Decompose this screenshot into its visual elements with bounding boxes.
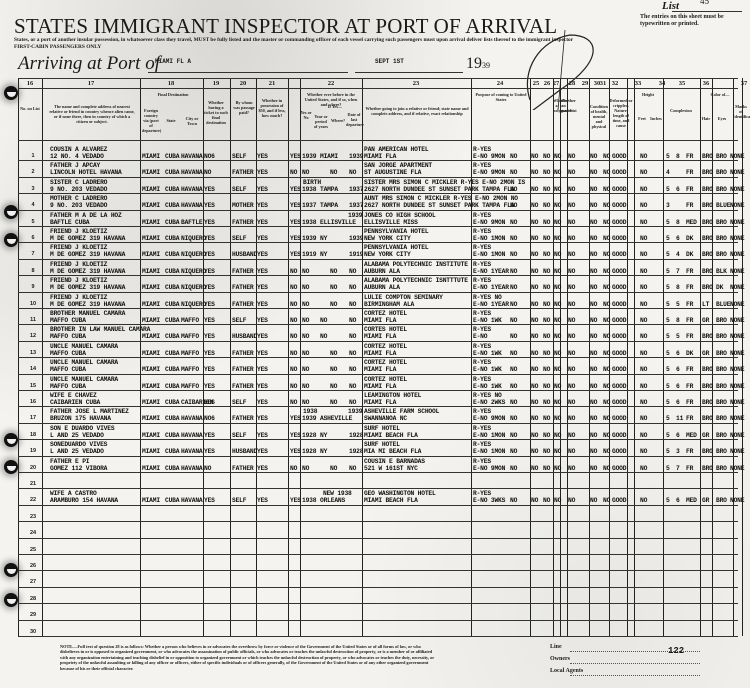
dest-city: HAVANA <box>181 186 202 193</box>
purpose-residence: R-YES <box>473 326 491 333</box>
header-state: State <box>162 118 180 123</box>
line-label: Line <box>550 644 562 650</box>
deformed-value: NO <box>640 383 647 390</box>
eyes-value: BLK <box>716 268 727 275</box>
year-note: BIRTH <box>303 179 321 186</box>
height-inches: 7 <box>676 465 680 472</box>
polygamist-value: NO <box>554 350 561 357</box>
dest-city: MAFFO <box>181 333 199 340</box>
column-number: 36 <box>698 80 714 87</box>
col25-value: NO <box>510 202 517 209</box>
col26-value: NO <box>531 366 538 373</box>
row-number: 12 <box>26 333 40 339</box>
header-yes-no: Yes or No <box>300 110 312 120</box>
col27-value: NO <box>543 497 550 504</box>
deformed-value: NO <box>640 333 647 340</box>
dest-city: NIQUERO <box>181 301 206 308</box>
joining-address: MIA MI BEACH FLA <box>364 448 421 455</box>
ever-before: YES <box>290 448 301 455</box>
polygamist-value: NO <box>554 333 561 340</box>
col30-value: NO <box>590 432 597 439</box>
row-number: 11 <box>26 317 40 323</box>
relative-name: UNCLE MANUEL CAMARA <box>50 343 118 350</box>
arriving-label: Arriving at Port of <box>18 53 160 75</box>
purpose-duration: E-NO 1WK <box>473 350 502 357</box>
eyes-value: BRO <box>716 169 727 176</box>
hair-value: BRO <box>702 465 713 472</box>
row-number: 30 <box>26 629 40 635</box>
row-number: 2 <box>26 169 40 175</box>
health-value: GOOD <box>612 301 626 308</box>
dest-city: HAVANA <box>181 448 202 455</box>
eyes-value: BRO <box>716 317 727 324</box>
header-if-yes: If Yes— <box>315 104 355 109</box>
marks-value: NONE <box>730 317 744 324</box>
hair-value: BRO <box>702 219 713 226</box>
eyes-value: BRO <box>716 235 727 242</box>
list-number: 45 <box>700 0 709 6</box>
height-inches: 6 <box>676 235 680 242</box>
height-feet: 5 <box>666 350 670 357</box>
ticket-value: NO6 <box>204 415 215 422</box>
year-value: 1939 <box>302 235 316 242</box>
row-number: 10 <box>26 301 40 307</box>
col31-value: NO <box>603 268 610 275</box>
passage-paid: MOTHER <box>232 202 253 209</box>
deformed-value: NO <box>640 301 647 308</box>
where-value: MIAMI <box>320 153 338 160</box>
dest-state: CUBA <box>165 399 179 406</box>
health-value: GOOD <box>612 415 626 422</box>
purpose-residence: R-YES <box>473 310 491 317</box>
via-port: MIAMI <box>142 153 160 160</box>
row-number: 22 <box>26 497 40 503</box>
dest-city: MAFFO <box>181 350 199 357</box>
dest-state: CUBA <box>165 366 179 373</box>
col25-value: NO <box>510 153 517 160</box>
column-number: 37 <box>736 80 750 87</box>
complexion-value: MED <box>686 497 697 504</box>
hair-value: BRO <box>702 399 713 406</box>
complexion-value: MED <box>686 432 697 439</box>
eyes-value: BRO <box>716 432 727 439</box>
marks-value: NONE <box>730 399 744 406</box>
last-departure: NO <box>349 317 356 324</box>
col27-value: NO <box>543 268 550 275</box>
row-number: 4 <box>26 202 40 208</box>
col30-value: NO <box>590 251 597 258</box>
joining-address: ELLISVILLE MISS <box>364 219 418 226</box>
dest-state: CUBA <box>165 169 179 176</box>
hair-value: GR <box>702 317 709 324</box>
instructions-text: States, or a port of another insular pos… <box>14 37 573 43</box>
polygamist-value: NO <box>554 153 561 160</box>
eyes-value: BRO <box>716 383 727 390</box>
col31-value: NO <box>603 497 610 504</box>
year-value: 1939 <box>302 153 316 160</box>
anarchist-value: NO <box>568 251 575 258</box>
ticket-value: YES <box>204 202 215 209</box>
height-feet: 5 <box>666 399 670 406</box>
column-number: 18 <box>163 80 179 87</box>
row-rule <box>18 210 738 211</box>
relative-address: BRUZON 175 HAVANA <box>50 415 111 422</box>
eyes-value: BRO <box>716 153 727 160</box>
year-value: NO <box>302 284 309 291</box>
health-value: GOOD <box>612 448 626 455</box>
passage-paid: FATHER <box>232 284 253 291</box>
column-divider <box>742 78 743 636</box>
column-number: 23 <box>408 80 424 87</box>
hair-value: BRO <box>702 448 713 455</box>
header-date-departure: Date of last departure <box>346 112 362 127</box>
complexion-value: FR <box>686 186 693 193</box>
money-value: YES <box>257 317 268 324</box>
column-number: 19 <box>208 80 224 87</box>
col30-value: NO <box>590 415 597 422</box>
where-value: ASHEVILLE <box>320 415 352 422</box>
row-number: 21 <box>26 481 40 487</box>
purpose-duration: E-NO 1WK <box>473 317 502 324</box>
height-inches: 11 <box>676 415 683 422</box>
dest-state: CUBA <box>165 202 179 209</box>
col30-value: NO <box>590 366 597 373</box>
hair-value: LT <box>702 301 709 308</box>
relative-name: FATHER M A DE LA HOZ <box>50 212 122 219</box>
health-value: GOOD <box>612 366 626 373</box>
dest-city: BAFTLE <box>181 219 202 226</box>
anarchist-value: NO <box>568 153 575 160</box>
col25-value: NO <box>510 317 517 324</box>
col25-value: NO <box>510 399 517 406</box>
year-value: NO <box>302 333 309 340</box>
money-value: YES <box>257 497 268 504</box>
punch-hole-icon <box>4 563 18 577</box>
header-passage-paid: By whom was passage paid? <box>232 100 256 115</box>
passage-paid: FATHER <box>232 301 253 308</box>
complexion-value: FR <box>686 202 693 209</box>
purpose-residence: R-YES <box>473 359 491 366</box>
header-eyes: Eyes <box>712 116 732 121</box>
col31-value: NO <box>603 153 610 160</box>
header-final-destination: Final Destination <box>145 92 201 97</box>
col25-value: NO <box>510 383 517 390</box>
relative-address: L AND 25 VEDADO <box>50 448 104 455</box>
relative-name: BROTHER MANUEL CAMARA <box>50 310 125 317</box>
year-value: 1938 <box>302 219 316 226</box>
row-number: 3 <box>26 186 40 192</box>
row-number: 27 <box>26 579 40 585</box>
port-underline <box>148 72 348 73</box>
health-value: GOOD <box>612 153 626 160</box>
ever-before: NO <box>290 317 297 324</box>
deformed-value: NO <box>640 235 647 242</box>
row-number: 8 <box>26 268 40 274</box>
header-purpose: Purpose of coming to United States <box>473 92 529 102</box>
col25-value: NO <box>510 350 517 357</box>
extra-value: NO <box>330 350 337 357</box>
polygamist-value: NO <box>554 317 561 324</box>
col31-value: NO <box>603 169 610 176</box>
polygamist-value: NO <box>554 415 561 422</box>
joining-address: ST AUGUSTINE FLA <box>364 169 421 176</box>
ever-before: NO <box>290 465 297 472</box>
ever-before: NO <box>290 301 297 308</box>
height-inches: 6 <box>676 432 680 439</box>
relative-address: MAFFO CUBA <box>50 383 86 390</box>
height-feet: 5 <box>666 432 670 439</box>
relative-name: FRIEND J KLOETIZ <box>50 277 107 284</box>
col27-value: NO <box>543 366 550 373</box>
joining-name: GEO WASHINGTON HOTEL <box>364 490 436 497</box>
relative-address: 9 NO. 203 VEDADO <box>50 202 107 209</box>
row-number: 29 <box>26 612 40 618</box>
dest-state: CUBA <box>165 219 179 226</box>
hair-value: BRO <box>702 284 713 291</box>
complexion-value: FR <box>686 169 693 176</box>
row-number: 25 <box>26 547 40 553</box>
dest-state: CUBA <box>165 415 179 422</box>
col31-value: NO <box>603 415 610 422</box>
purpose-residence: R-YES <box>473 146 491 153</box>
ever-before: YES <box>290 251 301 258</box>
header-foreign-country: Foreign country via (port of departure) <box>142 108 160 133</box>
anarchist-value: NO <box>568 415 575 422</box>
height-feet: 4 <box>666 169 670 176</box>
purpose-residence: R-YES <box>473 244 491 251</box>
complexion-value: DK <box>686 350 693 357</box>
polygamist-value: NO <box>554 186 561 193</box>
header-city: City or Town <box>182 116 202 126</box>
purpose-duration: E-NO 1YEAR <box>473 301 509 308</box>
deformed-value: NO <box>640 448 647 455</box>
column-number: 22 <box>323 80 339 87</box>
row-number: 13 <box>26 350 40 356</box>
complexion-value: FR <box>686 268 693 275</box>
health-value: GOOD <box>612 284 626 291</box>
col27-value: NO <box>543 448 550 455</box>
year-value: NO <box>302 383 309 390</box>
via-port: MIAMI <box>142 235 160 242</box>
relative-address: 9 NO. 203 VEDADO <box>50 186 107 193</box>
purpose-residence: R-YES <box>473 162 491 169</box>
joining-name: CORTEZ HOTEL <box>364 343 407 350</box>
height-feet: 5 <box>666 301 670 308</box>
row-rule <box>18 308 738 309</box>
row-number: 15 <box>26 383 40 389</box>
hair-value: BRO <box>702 251 713 258</box>
col30-value: NO <box>590 235 597 242</box>
hair-value: BRO <box>702 186 713 193</box>
purpose-residence: R-YES <box>473 277 491 284</box>
height-inches: 7 <box>676 268 680 275</box>
column-number: 32 <box>607 80 623 87</box>
deformed-value: NO <box>640 153 647 160</box>
year-value: 1939 <box>302 415 316 422</box>
marks-value: NONE <box>730 350 744 357</box>
passage-paid: SELF <box>232 186 246 193</box>
passage-paid: FATHER <box>232 219 253 226</box>
dest-city: HAVANA <box>181 432 202 439</box>
hair-value: BRO <box>702 202 713 209</box>
dest-city: HAVANA <box>181 497 202 504</box>
money-value: YES <box>257 219 268 226</box>
row-rule <box>18 226 738 227</box>
header-relative: The name and complete address of nearest… <box>48 104 136 124</box>
col30-value: NO <box>590 169 597 176</box>
last-departure: NO <box>349 301 356 308</box>
col30-value: NO <box>590 333 597 340</box>
row-number: 7 <box>26 251 40 257</box>
row-rule <box>18 456 738 457</box>
polygamist-value: NO <box>554 448 561 455</box>
polygamist-value: NO <box>554 366 561 373</box>
relative-name: FRIEND J KLOETIZ <box>50 261 107 268</box>
passage-paid: FATHER <box>232 383 253 390</box>
header-hair: Hair <box>700 116 712 121</box>
height-inches: 6 <box>676 383 680 390</box>
marks-value: NONE <box>730 202 744 209</box>
joining-address: 2627 NORTH DUNDEE ST SUNSET PARK TAMPA F… <box>364 186 514 193</box>
last-departure: 1928 <box>349 448 363 455</box>
height-feet: 5 <box>666 284 670 291</box>
row-rule <box>18 193 738 194</box>
hair-value: BRO <box>702 333 713 340</box>
port-value: MIAMI FL A <box>155 58 191 65</box>
height-feet: 5 <box>666 383 670 390</box>
joining-address: NEW YORK CITY <box>364 235 411 242</box>
year-value: NO <box>302 465 309 472</box>
via-port: MIAMI <box>142 169 160 176</box>
col27-value: NO <box>543 350 550 357</box>
header-year-period: Year or period of years <box>313 114 329 129</box>
col27-value: NO <box>543 153 550 160</box>
deformed-value: NO <box>640 497 647 504</box>
via-port: MIAMI <box>142 333 160 340</box>
relative-address: M DE GOMEZ 319 HAVANA <box>50 251 125 258</box>
where-note: NEW 1938 <box>323 490 352 497</box>
relative-address: M DE GOMEZ 319 HAVANA <box>50 235 125 242</box>
extra-value: NO <box>330 268 337 275</box>
height-inches: 6 <box>676 399 680 406</box>
header-polygamist: Whether a polygamist <box>553 98 560 113</box>
row-number: 18 <box>26 432 40 438</box>
deformed-value: NO <box>640 219 647 226</box>
year-value: 1939 <box>466 55 490 73</box>
date-value: SEPT 1ST <box>375 58 404 65</box>
marks-value: NONE <box>730 169 744 176</box>
col30-value: NO <box>590 497 597 504</box>
dest-city: HAVANA <box>181 465 202 472</box>
anarchist-value: NO <box>568 497 575 504</box>
header-feet: Feet <box>636 116 648 121</box>
column-number: 21 <box>264 80 280 87</box>
money-value: YES <box>257 465 268 472</box>
col27-value: NO <box>543 465 550 472</box>
height-feet: 5 <box>666 186 670 193</box>
dest-state: CUBA <box>165 284 179 291</box>
row-number: 16 <box>26 399 40 405</box>
eyes-value: BRO <box>716 333 727 340</box>
complexion-value: FR <box>686 301 693 308</box>
polygamist-value: NO <box>554 219 561 226</box>
health-value: GOOD <box>612 251 626 258</box>
year-value: NO <box>302 350 309 357</box>
last-departure: NO <box>349 284 356 291</box>
year-value: NO <box>302 399 309 406</box>
marks-value: NONE <box>730 448 744 455</box>
col25-value: NO <box>510 415 517 422</box>
money-value: YES <box>257 251 268 258</box>
last-departure: NO <box>349 465 356 472</box>
col27-value: NO <box>543 399 550 406</box>
purpose-residence: R-YES <box>473 441 491 448</box>
money-value: YES <box>257 235 268 242</box>
col25-value: NO <box>510 465 517 472</box>
col25-value: NO <box>510 333 517 340</box>
col31-value: NO <box>603 251 610 258</box>
dest-state: CUBA <box>165 153 179 160</box>
row-rule <box>18 242 738 243</box>
health-value: GOOD <box>612 432 626 439</box>
where-value: ELLISVILLE <box>320 219 356 226</box>
col26-value: NO <box>531 219 538 226</box>
via-port: MIAMI <box>142 268 160 275</box>
marks-value: NONE <box>730 235 744 242</box>
dest-state: CUBA <box>165 235 179 242</box>
header-joining: Whether going to join a relative or frie… <box>365 106 469 116</box>
relative-name: UNCLE MANUEL CAMARA <box>50 376 118 383</box>
complexion-value: DK <box>686 235 693 242</box>
ticket-value: YES <box>204 448 215 455</box>
col27-value: NO <box>543 317 550 324</box>
dest-state: CUBA <box>165 333 179 340</box>
money-value: YES <box>257 333 268 340</box>
marks-value: NONE <box>730 497 744 504</box>
col31-value: NO <box>603 448 610 455</box>
purpose-duration: E-NO 1WK <box>473 383 502 390</box>
col30-value: NO <box>590 301 597 308</box>
health-value: GOOD <box>612 350 626 357</box>
last-departure: 1939 <box>349 235 363 242</box>
dest-city: MAFFO <box>181 366 199 373</box>
complexion-value: FR <box>686 333 693 340</box>
row-rule <box>18 292 738 293</box>
row-number: 5 <box>26 219 40 225</box>
joining-name: LULIE COMPTON SEMINARY <box>364 294 443 301</box>
joining-name: ASHEVILLE FARM SCHOOL <box>364 408 439 415</box>
where-value: NO <box>320 333 327 340</box>
joining-address: 2627 NORTH DUNDEE ST SUNSET PARK TAMPA F… <box>364 202 514 209</box>
purpose-residence: R-YES <box>473 408 491 415</box>
passage-paid: SELF <box>232 235 246 242</box>
relative-name: BROTHER IN LAW MANUEL CAMARA <box>50 326 150 333</box>
ever-before: YES <box>290 432 301 439</box>
marks-value: NONE <box>730 383 744 390</box>
deformed-value: NO <box>640 268 647 275</box>
last-departure: NO <box>349 399 356 406</box>
joining-name: PENNSYLVANIA HOTEL <box>364 244 428 251</box>
extra-value: NO <box>330 465 337 472</box>
row-rule <box>18 439 738 440</box>
polygamist-value: NO <box>554 465 561 472</box>
col30-value: NO <box>590 448 597 455</box>
local-agents-label: Local Agents <box>550 668 583 674</box>
where-value: NY <box>320 251 327 258</box>
where-value: NY <box>320 432 327 439</box>
relative-name: WIFE A CASTRO <box>50 490 97 497</box>
header-height: Height <box>634 92 662 97</box>
